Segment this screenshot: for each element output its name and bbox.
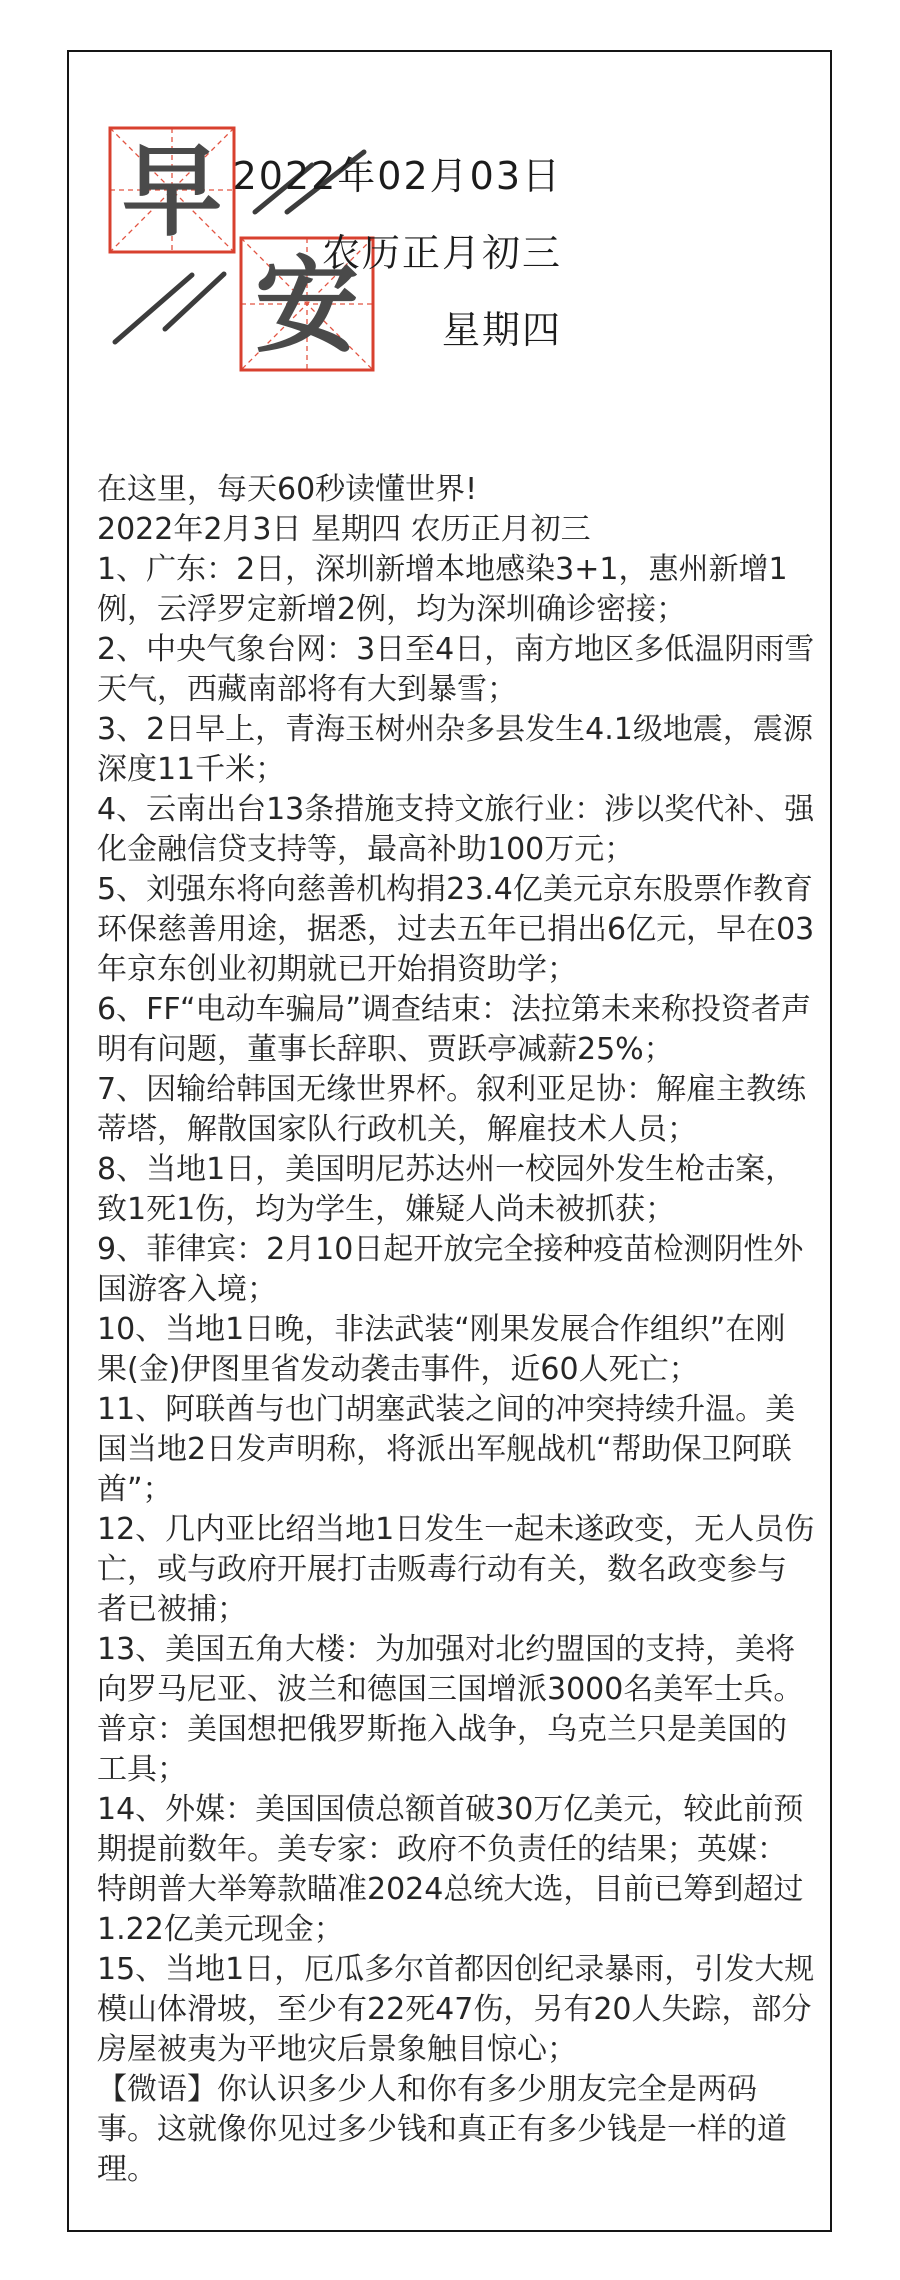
weiyu-line: 【微语】你认识多少人和你有多少朋友完全是两码事。这就像你见过多少钱和真正有多少钱… bbox=[97, 2070, 815, 2190]
slash-marks-bottom bbox=[115, 274, 224, 342]
page-frame: 早 安 2022年02月03日 农历正月初三 星期四 在这里，每天60秒读懂世界… bbox=[67, 50, 832, 2232]
slash-icon bbox=[165, 274, 224, 329]
logo-char-zao: 早 bbox=[122, 133, 222, 250]
news-item: 8、当地1日，美国明尼苏达州一校园外发生枪击案，致1死1伤，均为学生，嫌疑人尚未… bbox=[97, 1150, 815, 1230]
subtitle-line: 2022年2月3日 星期四 农历正月初三 bbox=[97, 510, 815, 550]
news-body: 在这里，每天60秒读懂世界! 2022年2月3日 星期四 农历正月初三 1、广东… bbox=[97, 470, 815, 2190]
weekday-text: 星期四 bbox=[233, 292, 562, 369]
zao-grid-box: 早 bbox=[110, 128, 234, 252]
news-item: 2、中央气象台网：3日至4日，南方地区多低温阴雨雪天气，西藏南部将有大到暴雪； bbox=[97, 630, 815, 710]
news-item: 5、刘强东将向慈善机构捐23.4亿美元京东股票作教育环保慈善用途，据悉，过去五年… bbox=[97, 870, 815, 990]
lunar-date-text: 农历正月初三 bbox=[233, 215, 562, 292]
news-item: 7、因输给韩国无缘世界杯。叙利亚足协：解雇主教练蒂塔，解散国家队行政机关，解雇技… bbox=[97, 1070, 815, 1150]
news-item: 15、当地1日，厄瓜多尔首都因创纪录暴雨，引发大规模山体滑坡，至少有22死47伤… bbox=[97, 1950, 815, 2070]
news-item: 12、几内亚比绍当地1日发生一起未遂政变，无人员伤亡，或与政府开展打击贩毒行动有… bbox=[97, 1510, 815, 1630]
news-item: 6、FF“电动车骗局”调查结束：法拉第未来称投资者声明有问题，董事长辞职、贾跃亭… bbox=[97, 990, 815, 1070]
news-item: 11、阿联酋与也门胡塞武装之间的冲突持续升温。美国当地2日发声明称，将派出军舰战… bbox=[97, 1390, 815, 1510]
date-text: 2022年02月03日 bbox=[233, 138, 562, 215]
news-item: 3、2日早上，青海玉树州杂多县发生4.1级地震，震源深度11千米； bbox=[97, 710, 815, 790]
news-item: 9、菲律宾：2月10日起开放完全接种疫苗检测阴性外国游客入境； bbox=[97, 1230, 815, 1310]
slash-icon bbox=[115, 275, 192, 342]
news-item: 4、云南出台13条措施支持文旅行业：涉以奖代补、强化金融信贷支持等，最高补助10… bbox=[97, 790, 815, 870]
news-item: 1、广东：2日，深圳新增本地感染3+1，惠州新增1例，云浮罗定新增2例，均为深圳… bbox=[97, 550, 815, 630]
intro-line: 在这里，每天60秒读懂世界! bbox=[97, 470, 815, 510]
news-item: 10、当地1日晚，非法武装“刚果发展合作组织”在刚果(金)伊图里省发动袭击事件，… bbox=[97, 1310, 815, 1390]
news-item: 13、美国五角大楼：为加强对北约盟国的支持，美将向罗马尼亚、波兰和德国三国增派3… bbox=[97, 1630, 815, 1790]
date-block: 2022年02月03日 农历正月初三 星期四 bbox=[233, 138, 562, 369]
news-item: 14、外媒：美国国债总额首破30万亿美元，较此前预期提前数年。美专家：政府不负责… bbox=[97, 1790, 815, 1950]
